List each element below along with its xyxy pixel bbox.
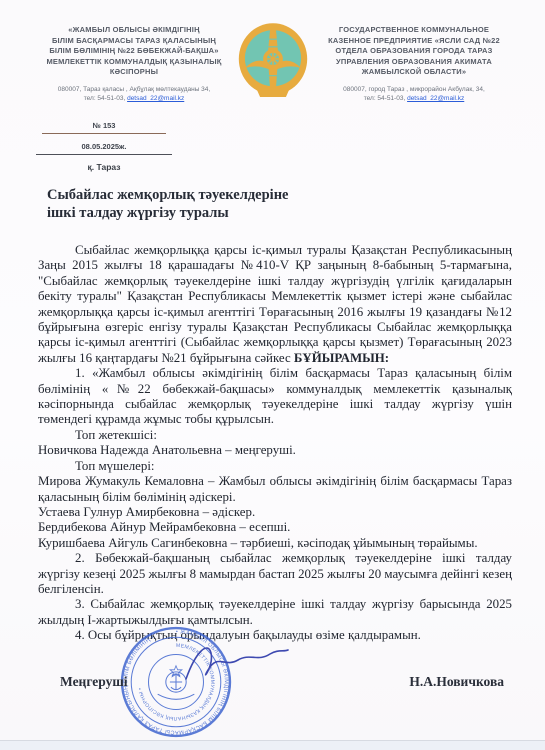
org-contact-line: тел: 54-51-03, detsad_22@mail.kz bbox=[28, 94, 240, 103]
kazakhstan-emblem-icon bbox=[235, 17, 311, 107]
org-address: 080007, Тараз қаласы , Ақбұлақ мөлтекауд… bbox=[28, 85, 240, 103]
org-block-russian: ГОСУДАРСТВЕННОЕ КОММУНАЛЬНОЕ КАЗЕННОЕ ПР… bbox=[308, 25, 520, 103]
body-paragraph: Топ мүшелері: bbox=[38, 459, 512, 474]
body-paragraph: Мирова Жумакуль Кемаловна – Жамбыл облыс… bbox=[38, 474, 512, 505]
order-number: № 153 bbox=[42, 121, 166, 134]
org-line: КАЗЕННОЕ ПРЕДПРИЯТИЕ «ЯСЛИ САД №22 bbox=[308, 36, 520, 47]
body-paragraph: 2. Бөбекжай-бақшаның сыбайлас жемқорлық … bbox=[38, 551, 512, 597]
body-paragraph: 3. Сыбайлас жемқорлық тәуекелдеріне ішкі… bbox=[38, 597, 512, 628]
body-paragraph: Сыбайлас жемқорлыққа қарсы іс-қимыл тура… bbox=[38, 243, 512, 366]
org-contact-line: тел: 54-51-03, detsad_22@mail.kz bbox=[308, 94, 520, 103]
body-paragraph: 1. «Жамбыл облысы әкімдігінің білім басқ… bbox=[38, 366, 512, 428]
body-paragraph: Новичкова Надежда Анатольевна – меңгеруш… bbox=[38, 443, 512, 458]
order-title-line: ішкі талдау жүргізу туралы bbox=[47, 204, 289, 222]
org-line: «ЖАМБЫЛ ОБЛЫСЫ ӘКІМДІГІНІҢ bbox=[28, 25, 240, 36]
body-paragraphs: Сыбайлас жемқорлыққа қарсы іс-қимыл тура… bbox=[38, 243, 512, 644]
org-line: ГОСУДАРСТВЕННОЕ КОММУНАЛЬНОЕ bbox=[308, 25, 520, 36]
order-title: Сыбайлас жемқорлық тәуекелдеріне ішкі та… bbox=[47, 186, 289, 222]
handwritten-signature bbox=[180, 637, 292, 693]
org-line: БІЛІМ БАСҚАРМАСЫ ТАРАЗ ҚАЛАСЫНЫҢ bbox=[28, 36, 240, 47]
document-page: «ЖАМБЫЛ ОБЛЫСЫ ӘКІМДІГІНІҢ БІЛІМ БАСҚАРМ… bbox=[0, 0, 545, 750]
org-phone: тел: 54-51-03, bbox=[84, 95, 126, 102]
order-city: қ. Тараз bbox=[36, 162, 172, 172]
body-paragraph: Бердибекова Айнур Мейрамбековна – есепші… bbox=[38, 520, 512, 535]
body-paragraph: Куришбаева Айгуль Сагинбековна – тәрбиеш… bbox=[38, 536, 512, 551]
org-line: БІЛІМ БӨЛІМІНІҢ №22 БӨБЕКЖАЙ-БАҚША» bbox=[28, 46, 240, 57]
org-address-line: 080007, город Тараз , микрорайон Акбулак… bbox=[308, 85, 520, 94]
org-line: УПРАВЛЕНИЯ ОБРАЗОВАНИЯ АКИМАТА bbox=[308, 57, 520, 68]
org-email: detsad_22@mail.kz bbox=[127, 95, 184, 102]
org-address-line: 080007, Тараз қаласы , Ақбұлақ мөлтекауд… bbox=[28, 85, 240, 94]
org-phone: тел: 54-51-03, bbox=[364, 95, 406, 102]
body-paragraph: Устаева Гулнур Амирбековна – әдіскер. bbox=[38, 505, 512, 520]
signatory-name: Н.А.Новичкова bbox=[409, 674, 504, 690]
org-address: 080007, город Тараз , микрорайон Акбулак… bbox=[308, 85, 520, 103]
org-line: МЕМЛЕКЕТТІК КОММУНАЛДЫҚ ҚАЗЫНАЛЫҚ bbox=[28, 57, 240, 68]
scan-bottom-edge bbox=[0, 740, 545, 750]
order-date: 08.05.2025ж. bbox=[36, 142, 172, 155]
body-paragraph: Топ жетекшісі: bbox=[38, 428, 512, 443]
org-email: detsad_22@mail.kz bbox=[407, 95, 464, 102]
order-title-line: Сыбайлас жемқорлық тәуекелдеріне bbox=[47, 186, 289, 204]
signatory-position: Меңгеруші bbox=[60, 674, 128, 690]
body-paragraph-bold: БҰЙЫРАМЫН: bbox=[294, 351, 389, 365]
org-line: ОТДЕЛА ОБРАЗОВАНИЯ ГОРОДА ТАРАЗ bbox=[308, 46, 520, 57]
order-meta: № 153 08.05.2025ж. қ. Тараз bbox=[36, 121, 176, 172]
org-line: ЖАМБЫЛСКОЙ ОБЛАСТИ» bbox=[308, 67, 520, 78]
org-block-kazakh: «ЖАМБЫЛ ОБЛЫСЫ ӘКІМДІГІНІҢ БІЛІМ БАСҚАРМ… bbox=[28, 25, 240, 103]
org-line: КӘСІПОРНЫ bbox=[28, 67, 240, 78]
